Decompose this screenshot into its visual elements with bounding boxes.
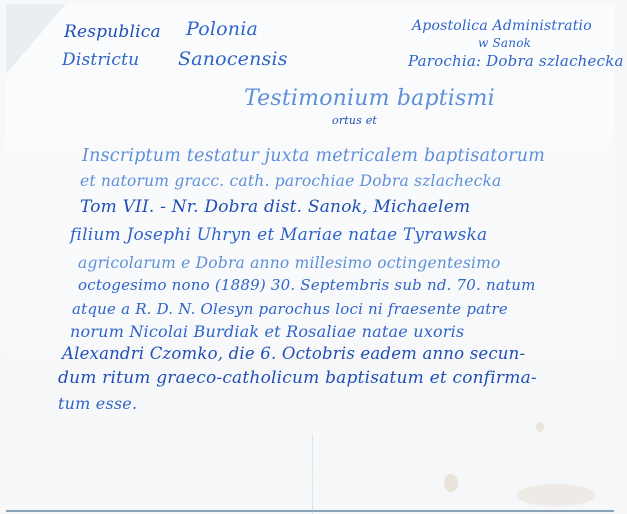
stain — [516, 484, 596, 506]
header-republic-value: Polonia — [186, 18, 258, 40]
header-republic-label: Respublica — [64, 22, 161, 42]
header-parish: Parochia: Dobra szlachecka — [408, 52, 624, 70]
body-line: octogesimo nono (1889) 30. Septembris su… — [78, 276, 536, 294]
stain — [536, 422, 544, 432]
folded-corner — [6, 4, 66, 74]
title-interlinear: ortus et — [332, 114, 377, 127]
body-line: tum esse. — [58, 394, 137, 413]
document-scan: Respublica Polonia Districtu Sanocensis … — [0, 0, 627, 514]
header-district-value: Sanocensis — [178, 48, 288, 70]
body-line: atque a R. D. N. Olesyn parochus loci ni… — [72, 300, 508, 318]
body-line: Inscriptum testatur juxta metricalem bap… — [82, 146, 545, 166]
body-line: dum ritum graeco-catholicum baptisatum e… — [58, 368, 537, 388]
stain — [444, 474, 458, 492]
document-title: Testimonium baptismi — [244, 86, 495, 111]
body-line: norum Nicolai Burdiak et Rosaliae natae … — [70, 322, 464, 341]
header-administration: Apostolica Administratio — [412, 18, 592, 34]
body-line: Tom VII. - Nr. Dobra dist. Sanok, Michae… — [80, 197, 470, 217]
fold-line — [312, 434, 313, 514]
body-line: et natorum gracc. cath. parochiae Dobra … — [80, 172, 502, 190]
body-line: Alexandri Czomko, die 6. Octobris eadem … — [62, 344, 525, 363]
header-location: w Sanok — [478, 36, 531, 50]
header-district-label: Districtu — [62, 50, 139, 70]
body-line: agricolarum e Dobra anno millesimo octin… — [78, 254, 501, 272]
body-line: filium Josephi Uhryn et Mariae natae Tyr… — [70, 225, 487, 245]
